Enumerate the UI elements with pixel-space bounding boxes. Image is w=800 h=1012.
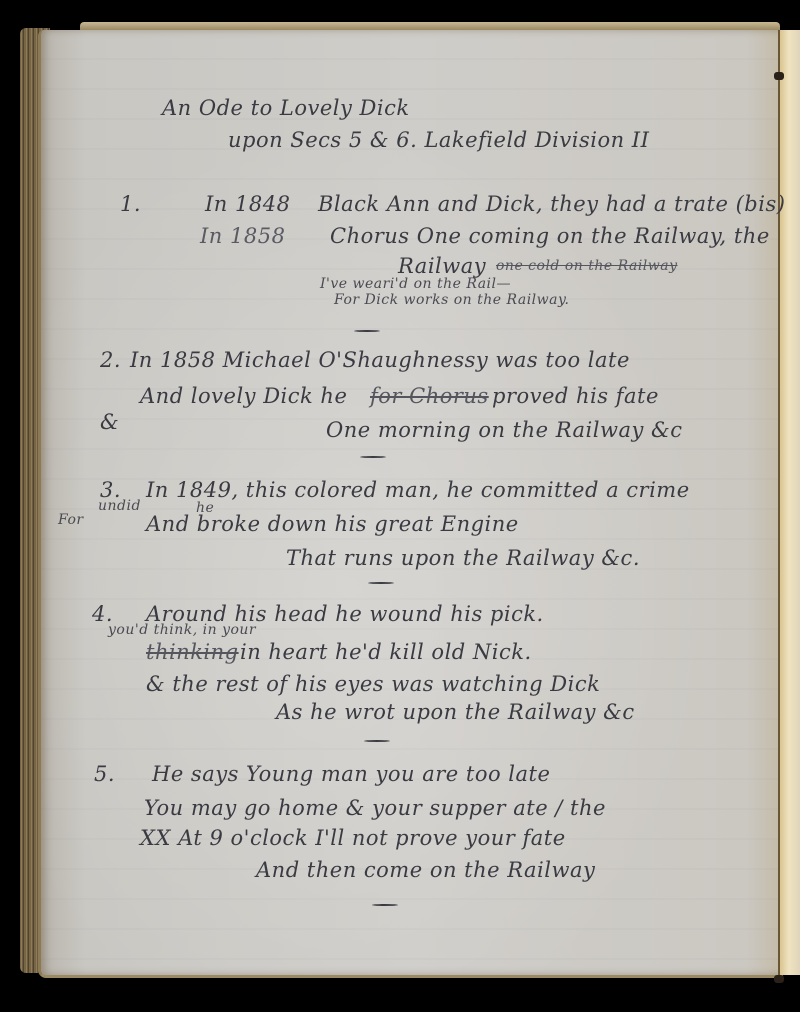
stanza-1-railway: Railway xyxy=(398,254,486,278)
stanza-2-struck-chorus: for Chorus xyxy=(370,384,489,408)
stanza-4-line-2: in heart he'd kill old Nick. xyxy=(240,640,532,664)
stanza-2-number: 2. xyxy=(100,348,121,372)
stanza-2-refrain: One morning on the Railway &c xyxy=(326,418,682,442)
notebook-photo: An Ode to Lovely Dick upon Secs 5 & 6. L… xyxy=(0,0,800,1012)
stanza-5-line-1: He says Young man you are too late xyxy=(152,762,550,786)
stanza-divider xyxy=(360,456,386,458)
stanza-3-line-2: And broke down his great Engine xyxy=(146,512,519,536)
stanza-1-margin-year: In 1848 xyxy=(205,192,290,216)
stanza-4-insert-above: you'd think, in your xyxy=(108,622,256,638)
stanza-3-line-1: In 1849, this colored man, he committed … xyxy=(146,478,690,502)
stanza-divider xyxy=(364,740,390,742)
stanza-2-line-2b: proved his fate xyxy=(492,384,659,408)
stanza-5-line-3: XX At 9 o'clock I'll not prove your fate xyxy=(140,826,566,850)
stanza-3-refrain: That runs upon the Railway &c. xyxy=(286,546,640,570)
stanza-4-refrain: As he wrot upon the Railway &c xyxy=(276,700,635,724)
title-line-2: upon Secs 5 & 6. Lakefield Division II xyxy=(228,128,649,152)
stanza-1-insert-line-2: For Dick works on the Railway. xyxy=(334,292,570,308)
stanza-1-line-1: Black Ann and Dick, they had a trate (bi… xyxy=(318,192,785,216)
stanza-3-insert-above: undid xyxy=(98,498,141,514)
stanza-1-number: 1. xyxy=(120,192,141,216)
binding-stitch xyxy=(774,975,784,983)
stanza-4-struck-word: thinking xyxy=(146,640,239,664)
title-line-1: An Ode to Lovely Dick xyxy=(162,96,410,120)
stanza-1-struck-text: one cold on the Railway xyxy=(496,258,678,274)
stanza-divider xyxy=(354,330,380,332)
facing-page-edge xyxy=(778,30,800,975)
stanza-divider xyxy=(372,904,398,906)
stanza-1-chorus: Chorus One coming on the Railway, the xyxy=(330,224,770,248)
stanza-5-number: 5. xyxy=(94,762,115,786)
stanza-2-margin-mark: & xyxy=(100,410,119,434)
stanza-5-refrain: And then come on the Railway xyxy=(256,858,595,882)
stanza-2-line-1: In 1858 Michael O'Shaughnessy was too la… xyxy=(130,348,630,372)
stanza-1-insert-line: I've weari'd on the Rail— xyxy=(320,276,511,292)
stanza-divider xyxy=(368,582,394,584)
stanza-5-line-2: You may go home & your supper ate / the xyxy=(144,796,606,820)
stanza-2-line-2a: And lovely Dick he xyxy=(140,384,347,408)
stanza-4-line-3: & the rest of his eyes was watching Dick xyxy=(146,672,600,696)
stanza-3-margin-note: For xyxy=(58,512,84,528)
stanza-1-margin-year-2: In 1858 xyxy=(200,224,285,248)
binding-stitch xyxy=(774,72,784,80)
